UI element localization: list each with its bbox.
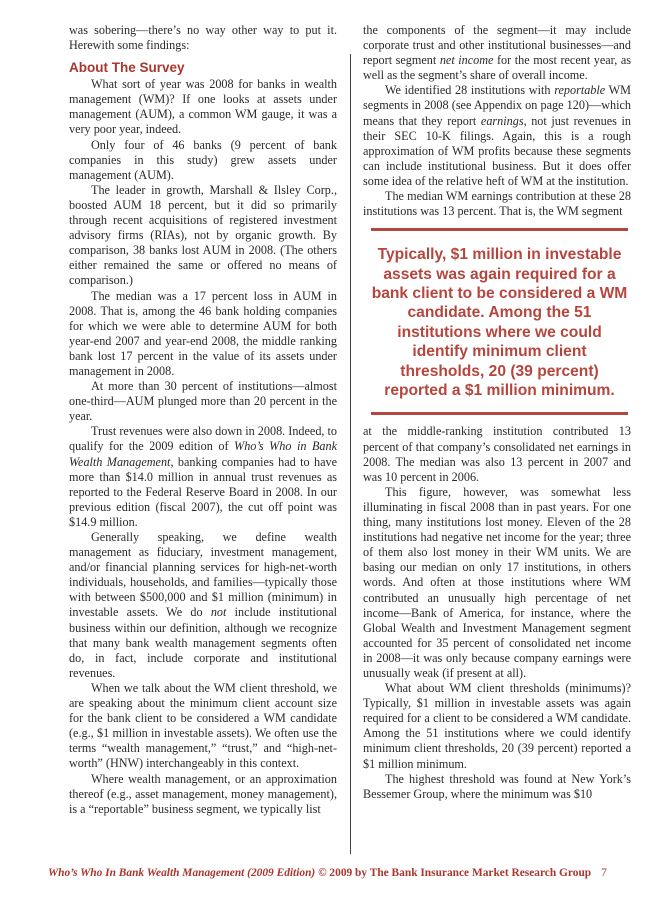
definition-paragraph: Generally speaking, we define wealth man… (69, 530, 337, 681)
continuation-paragraph: the components of the segment—it may inc… (363, 23, 631, 83)
body-paragraph: This figure, however, was somewhat less … (363, 485, 631, 681)
left-column: was sobering—there’s no way other way to… (69, 23, 337, 817)
body-paragraph: at the middle-ranking institution contri… (363, 424, 631, 484)
trust-revenue-paragraph: Trust revenues were also down in 2008. I… (69, 424, 337, 530)
intro-paragraph: was sobering—there’s no way other way to… (69, 23, 337, 53)
body-paragraph: The median was a 17 percent loss in AUM … (69, 289, 337, 380)
body-paragraph: What sort of year was 2008 for banks in … (69, 77, 337, 137)
body-paragraph: The leader in growth, Marshall & Ilsley … (69, 183, 337, 289)
right-column: the components of the segment—it may inc… (363, 23, 631, 802)
emphasis: not (211, 605, 227, 619)
emphasis: reportable (554, 83, 605, 97)
text-run: We identified 28 institutions with (385, 83, 554, 97)
page-footer: Who’s Who In Bank Wealth Management (200… (48, 867, 607, 879)
footer-title: Who’s Who In Bank Wealth Management (200… (48, 867, 315, 879)
emphasis: earnings (481, 114, 524, 128)
body-paragraph: What about WM client thresholds (minimum… (363, 681, 631, 772)
pull-quote: Typically, $1 million in investable asse… (371, 228, 628, 415)
body-paragraph: The highest threshold was found at New Y… (363, 772, 631, 802)
body-paragraph: At more than 30 percent of institutions—… (69, 379, 337, 424)
section-heading: About The Survey (69, 60, 337, 76)
identified-paragraph: We identified 28 institutions with repor… (363, 83, 631, 189)
page-number: 7 (601, 867, 607, 879)
body-paragraph: Where wealth management, or an approxima… (69, 772, 337, 817)
emphasis: net income (440, 53, 494, 67)
body-paragraph: Only four of 46 banks (9 percent of bank… (69, 138, 337, 183)
body-paragraph: The median WM earnings contribution at t… (363, 189, 631, 219)
column-divider (350, 54, 351, 854)
body-paragraph: When we talk about the WM client thresho… (69, 681, 337, 772)
footer-copyright: © 2009 by The Bank Insurance Market Rese… (315, 867, 591, 879)
